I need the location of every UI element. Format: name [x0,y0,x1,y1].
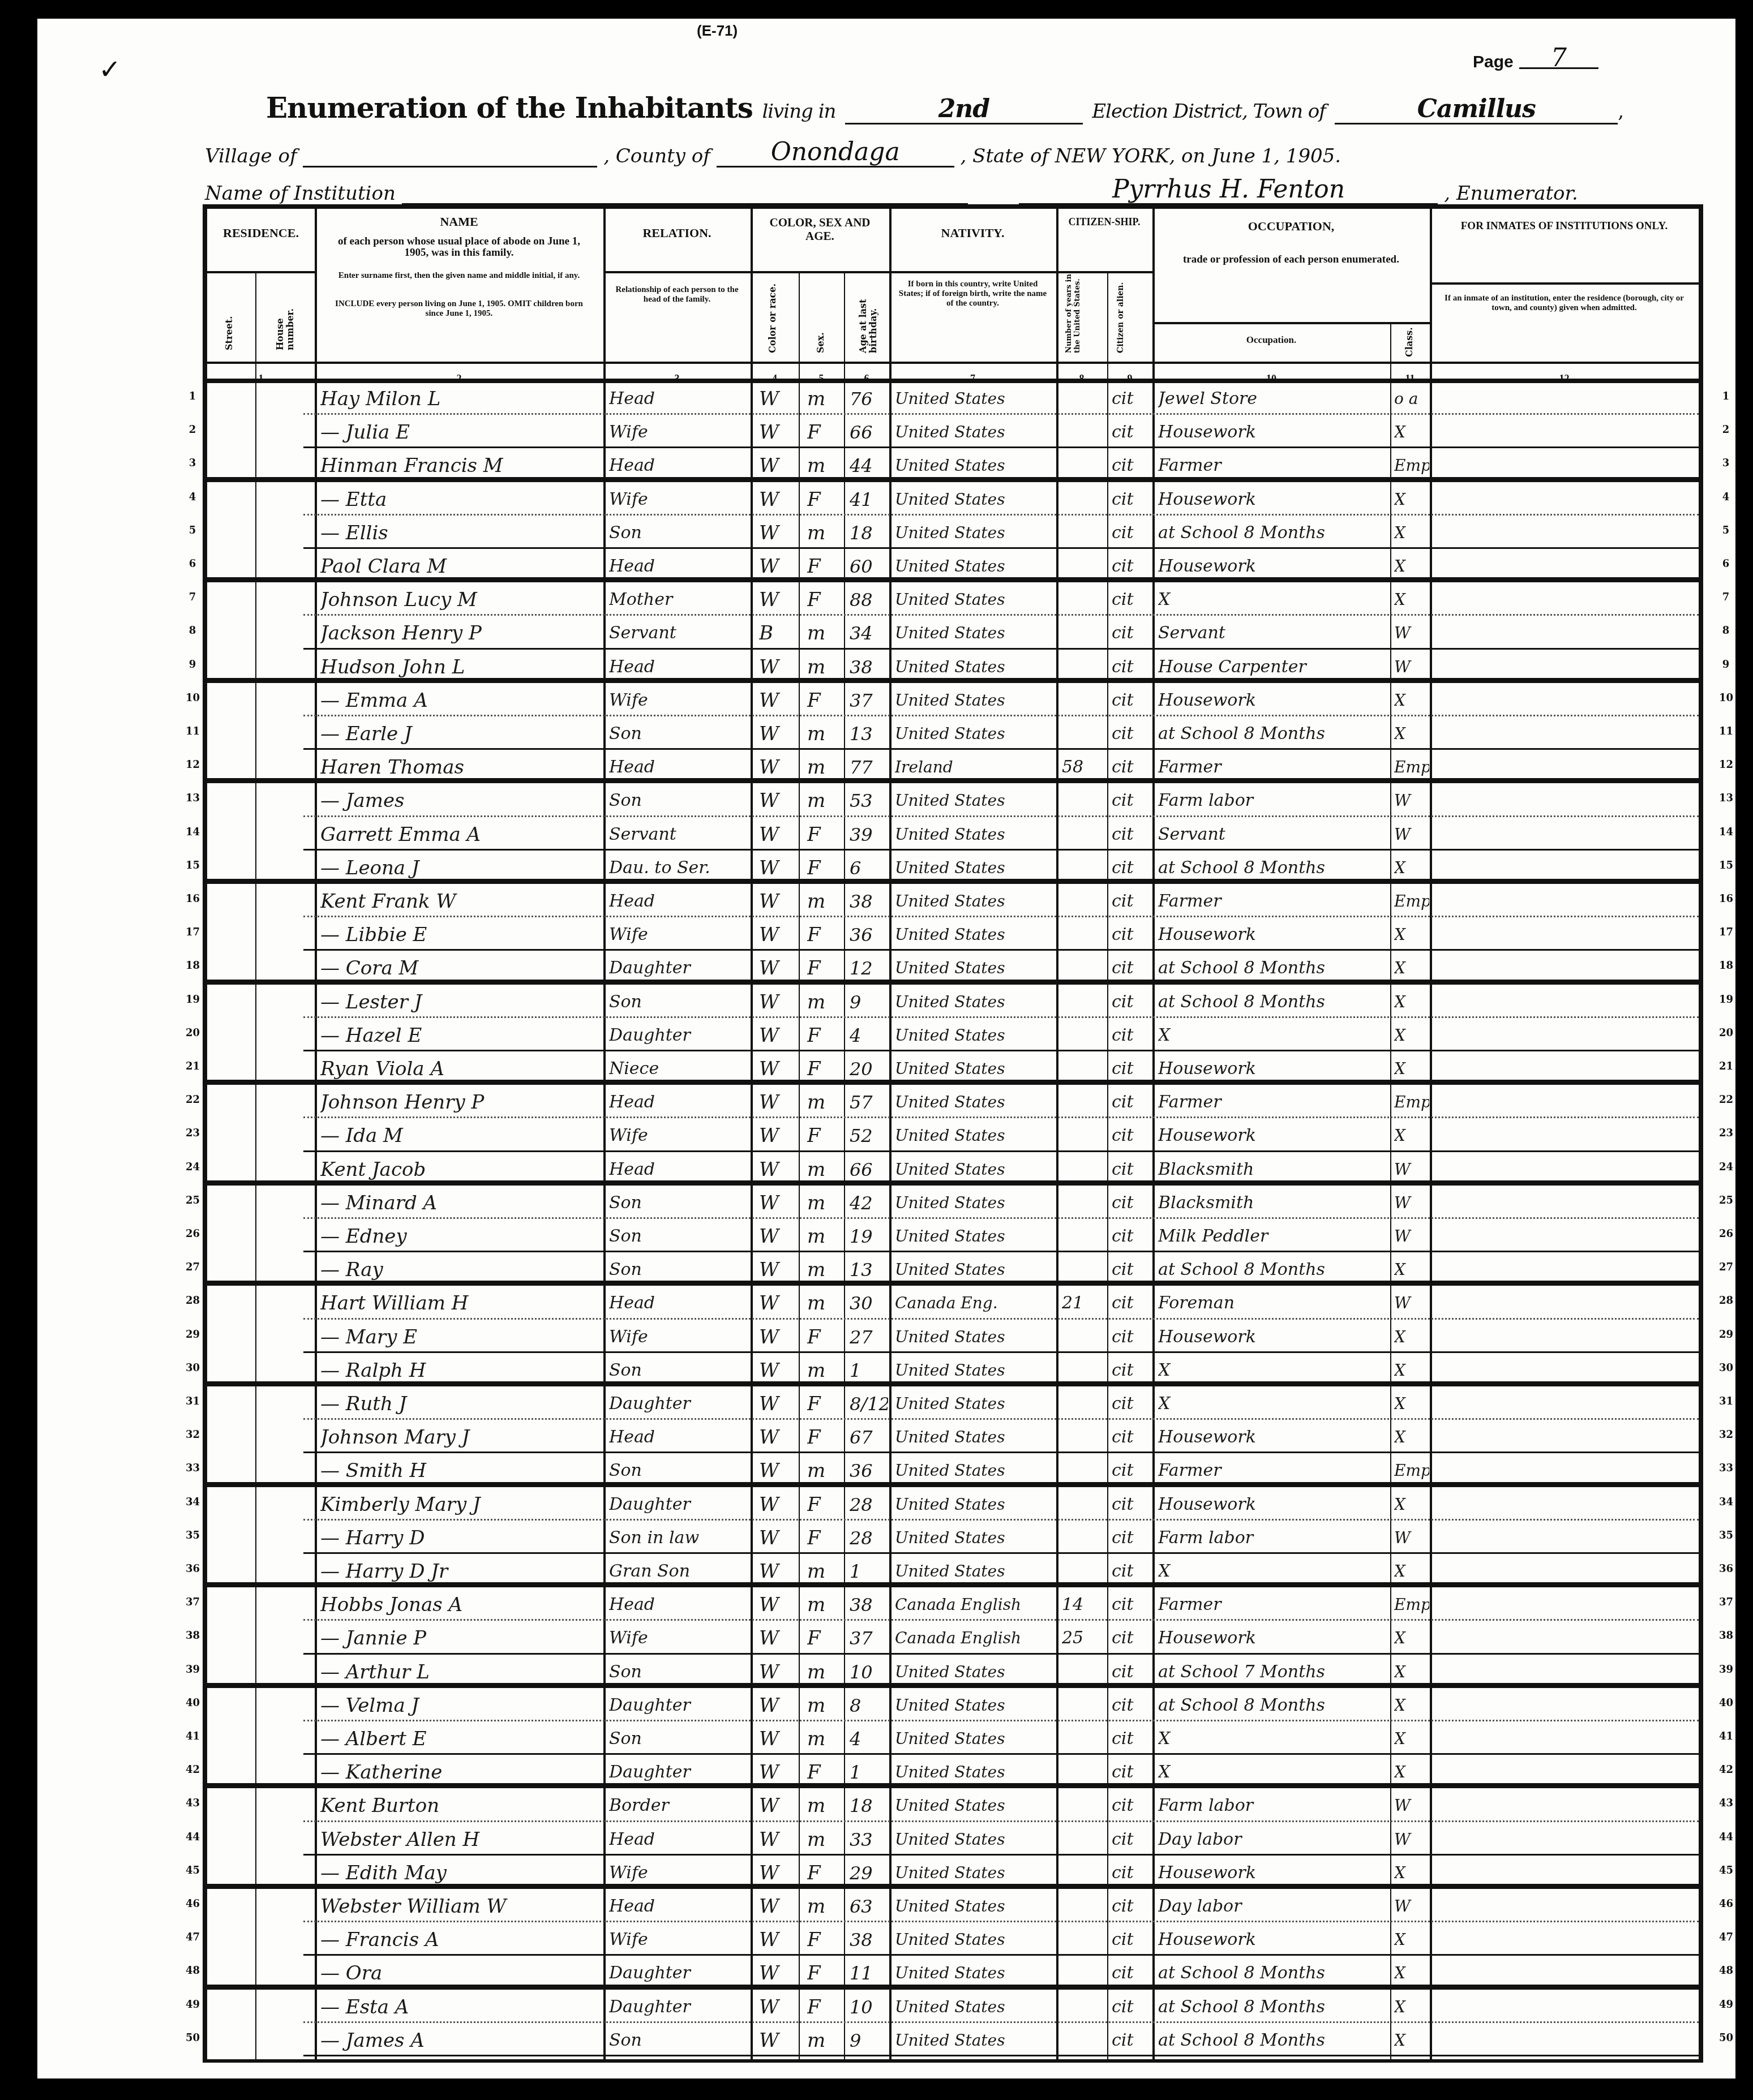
occupation-cell: Housework [1158,1624,1389,1652]
row-number-right: 48 [1719,1965,1733,1977]
census-sheet: ✓ (E-71) Page 7 Enumeration of the Inhab… [37,19,1735,2078]
relation-cell: Head [609,1892,748,1921]
class-cell: W [1394,1156,1429,1184]
occupation-cell: Housework [1158,1859,1389,1887]
row-number-left: 4 [186,491,199,503]
age-cell: 39 [850,821,888,849]
name-cell: — Leona J [320,854,601,882]
relation-cell: Wife [609,486,748,514]
relation-cell: Son [609,1256,748,1284]
county-label: , County of [603,145,710,168]
row-number-right: 35 [1719,1530,1733,1541]
nativity-cell: United States [895,519,1055,547]
age-cell: 9 [850,2026,888,2055]
header-street: Street. [224,316,234,350]
name-cell: — Francis A [320,1926,601,1954]
nativity-cell: United States [895,1256,1055,1284]
citizen-cell: cit [1112,787,1151,815]
years-cell [1062,921,1106,949]
header-house-number: House number. [275,277,295,350]
occupation-cell: at School 8 Months [1158,1993,1389,2021]
row-number-right: 42 [1719,1764,1733,1776]
row-number-left: 34 [186,1496,199,1508]
class-cell: X [1394,1624,1429,1652]
row-number-right: 41 [1719,1730,1733,1742]
sex-cell: F [807,954,841,982]
color-cell: W [759,921,796,949]
years-cell [1062,954,1106,982]
color-cell: W [759,1055,796,1083]
row-number-right: 13 [1719,792,1733,804]
citizen-cell: cit [1112,988,1151,1016]
table-row: 32 Johnson Mary J Head W F 67 United Sta… [207,1420,1699,1453]
class-cell: X [1394,988,1429,1016]
relation-cell: Daughter [609,1691,748,1720]
header-name-instr2: INCLUDE every person living on June 1, 1… [329,299,589,319]
color-cell: W [759,1323,796,1351]
color-cell: W [759,787,796,815]
row-separator [207,1985,1699,1990]
nativity-cell: United States [895,1156,1055,1184]
citizen-cell: cit [1112,418,1151,446]
nativity-cell: United States [895,385,1055,413]
row-number-left: 33 [186,1462,199,1474]
nativity-cell: Ireland [895,753,1055,781]
citizen-cell: cit [1112,921,1151,949]
citizen-cell: cit [1112,887,1151,916]
occupation-cell: Farm labor [1158,1524,1389,1552]
color-cell: W [759,753,796,781]
table-row: 18 — Cora M Daughter W F 12 United State… [207,951,1699,984]
table-row: 20 — Hazel E Daughter W F 4 United State… [207,1018,1699,1051]
occupation-cell: Jewel Store [1158,385,1389,413]
years-cell [1062,1691,1106,1720]
color-cell: W [759,1423,796,1451]
table-row: 23 — Ida M Wife W F 52 United States cit… [207,1118,1699,1152]
years-cell [1062,821,1106,849]
citizen-cell: cit [1112,519,1151,547]
class-cell: W [1394,619,1429,647]
table-row: 41 — Albert E Son W m 4 United States ci… [207,1721,1699,1755]
color-cell: W [759,552,796,581]
citizen-cell: cit [1112,954,1151,982]
name-cell: — Etta [320,486,601,514]
class-cell: W [1394,1826,1429,1854]
nativity-cell: United States [895,1088,1055,1116]
age-cell: 66 [850,418,888,446]
row-number-right: 12 [1719,759,1733,771]
nativity-cell: Canada English [895,1624,1055,1652]
header-inmates-desc: If an inmate of an institution, enter th… [1441,294,1687,313]
row-number-right: 26 [1719,1228,1733,1240]
citizen-cell: cit [1112,486,1151,514]
table-row: 29 — Mary E Wife W F 27 United States ci… [207,1320,1699,1353]
occupation-cell: Servant [1158,619,1389,647]
sex-cell: m [807,452,841,480]
name-cell: Ryan Viola A [320,1055,601,1083]
occupation-cell: Day labor [1158,1892,1389,1921]
nativity-cell: United States [895,586,1055,614]
years-cell [1062,1222,1106,1251]
row-number-left: 22 [186,1094,199,1106]
nativity-cell: United States [895,418,1055,446]
row-number-right: 36 [1719,1563,1733,1575]
citizen-cell: cit [1112,753,1151,781]
table-row: 42 — Katherine Daughter W F 1 United Sta… [207,1755,1699,1788]
age-cell: 30 [850,1289,888,1317]
name-cell: — Libbie E [320,921,601,949]
class-cell: W [1394,1524,1429,1552]
age-cell: 28 [850,1524,888,1552]
row-number-right: 10 [1719,692,1733,704]
nativity-cell: United States [895,1859,1055,1887]
relation-cell: Wife [609,1624,748,1652]
occupation-cell: Servant [1158,821,1389,849]
class-cell: X [1394,1256,1429,1284]
row-number-right: 30 [1719,1362,1733,1374]
nativity-cell: United States [895,452,1055,480]
color-cell: W [759,1289,796,1317]
years-cell [1062,686,1106,715]
sex-cell: m [807,1691,841,1720]
citizen-cell: cit [1112,1222,1151,1251]
row-number-left: 47 [186,1931,199,1943]
occupation-cell: at School 8 Months [1158,2026,1389,2055]
row-number-right: 8 [1719,625,1733,637]
table-row: 47 — Francis A Wife W F 38 United States… [207,1922,1699,1956]
name-cell: Webster Allen H [320,1826,601,1854]
row-number-right: 27 [1719,1261,1733,1273]
age-cell: 66 [850,1156,888,1184]
nativity-cell: United States [895,552,1055,581]
sex-cell: m [807,385,841,413]
citizen-cell: cit [1112,1792,1151,1820]
table-row: 10 — Emma A Wife W F 37 United States ci… [207,683,1699,716]
row-separator [207,1482,1699,1487]
name-cell: Jackson Henry P [320,619,601,647]
header-occupation: OCCUPATION, [1152,219,1430,234]
years-cell [1062,1959,1106,1987]
age-cell: 38 [850,1591,888,1619]
occupation-cell: Farmer [1158,753,1389,781]
name-cell: — Ruth J [320,1390,601,1418]
row-number-left: 10 [186,692,199,704]
citizen-cell: cit [1112,720,1151,748]
header-color: Color or race. [768,284,778,353]
occupation-cell: at School 8 Months [1158,1691,1389,1720]
class-cell: X [1394,1725,1429,1753]
name-cell: — Jannie P [320,1624,601,1652]
relation-cell: Gran Son [609,1557,748,1586]
state-label: , State of NEW YORK, on June 1, 1905. [961,145,1341,168]
class-cell: W [1394,653,1429,681]
class-cell: X [1394,1557,1429,1586]
header-relation: RELATION. [603,226,751,241]
relation-cell: Daughter [609,1390,748,1418]
citizen-cell: cit [1112,1691,1151,1720]
name-cell: — Ray [320,1256,601,1284]
years-cell [1062,1021,1106,1050]
age-cell: 52 [850,1122,888,1150]
age-cell: 19 [850,1222,888,1251]
sex-cell: F [807,586,841,614]
citizen-cell: cit [1112,1892,1151,1921]
sex-cell: F [807,1993,841,2021]
nativity-cell: United States [895,954,1055,982]
color-cell: W [759,1256,796,1284]
relation-cell: Son [609,1725,748,1753]
citizen-cell: cit [1112,1959,1151,1987]
village-field [303,139,597,168]
nativity-cell: Canada Eng. [895,1289,1055,1317]
years-cell [1062,887,1106,916]
enumerator-field: Pyrrhus H. Fenton [1019,176,1438,205]
color-cell: W [759,452,796,480]
class-cell: Emp [1394,1591,1429,1619]
age-cell: 53 [850,787,888,815]
years-cell [1062,1826,1106,1854]
table-row: 45 — Edith May Wife W F 29 United States… [207,1856,1699,1889]
row-number-right: 50 [1719,2032,1733,2044]
citizen-cell: cit [1112,1423,1151,1451]
age-cell: 18 [850,1792,888,1820]
row-number-left: 13 [186,792,199,804]
color-cell: W [759,1122,796,1150]
class-cell: X [1394,1658,1429,1686]
sex-cell: m [807,1792,841,1820]
age-cell: 67 [850,1423,888,1451]
age-cell: 10 [850,1993,888,2021]
row-number-right: 23 [1719,1127,1733,1139]
table-row: 35 — Harry D Son in law W F 28 United St… [207,1521,1699,1554]
relation-cell: Daughter [609,1758,748,1786]
color-cell: W [759,653,796,681]
sex-cell: F [807,1323,841,1351]
nativity-cell: United States [895,1122,1055,1150]
relation-cell: Wife [609,418,748,446]
color-cell: W [759,1758,796,1786]
nativity-cell: United States [895,1892,1055,1921]
row-number-left: 44 [186,1831,199,1843]
name-cell: Paol Clara M [320,552,601,581]
nativity-cell: United States [895,787,1055,815]
row-number-left: 45 [186,1865,199,1876]
color-cell: W [759,1356,796,1385]
class-cell: X [1394,519,1429,547]
years-cell [1062,1457,1106,1485]
age-cell: 38 [850,653,888,681]
color-cell: W [759,1088,796,1116]
sex-cell: F [807,1122,841,1150]
class-cell: X [1394,1993,1429,2021]
name-cell: Johnson Mary J [320,1423,601,1451]
header-citizen-alien: Citizen or alien. [1116,274,1126,353]
class-cell: Emp [1394,1088,1429,1116]
occupation-cell: Housework [1158,1491,1389,1519]
relation-cell: Daughter [609,1491,748,1519]
row-number-right: 6 [1719,558,1733,570]
color-cell: W [759,1792,796,1820]
row-number-right: 25 [1719,1195,1733,1206]
table-row: 44 Webster Allen H Head W m 33 United St… [207,1822,1699,1856]
row-number-left: 24 [186,1161,199,1173]
relation-cell: Son [609,1189,748,1217]
age-cell: 38 [850,887,888,916]
row-number-right: 43 [1719,1797,1733,1809]
class-cell: X [1394,1021,1429,1050]
name-cell: Hart William H [320,1289,601,1317]
occupation-cell: Blacksmith [1158,1156,1389,1184]
relation-cell: Wife [609,1122,748,1150]
years-cell [1062,1356,1106,1385]
relation-cell: Head [609,1423,748,1451]
name-cell: — Harry D Jr [320,1557,601,1586]
election-district-label: Election District, Town of [1092,100,1326,123]
row-number-right: 14 [1719,826,1733,838]
age-cell: 8 [850,1691,888,1720]
row-number-left: 18 [186,960,199,972]
sex-cell: F [807,686,841,715]
occupation-cell: Farmer [1158,1591,1389,1619]
color-cell: W [759,1156,796,1184]
sex-cell: F [807,921,841,949]
nativity-cell: United States [895,988,1055,1016]
sex-cell: m [807,1457,841,1485]
name-cell: — Julia E [320,418,601,446]
class-cell: X [1394,720,1429,748]
row-number-left: 39 [186,1664,199,1676]
years-cell [1062,1055,1106,1083]
class-cell: X [1394,1323,1429,1351]
header-residence: RESIDENCE. [207,226,315,241]
row-number-left: 29 [186,1329,199,1341]
row-number-left: 25 [186,1195,199,1206]
class-cell: X [1394,552,1429,581]
years-cell: 58 [1062,753,1106,781]
relation-cell: Son [609,519,748,547]
table-row: 6 Paol Clara M Head W F 60 United States… [207,549,1699,582]
occupation-cell: at School 8 Months [1158,519,1389,547]
citizen-cell: cit [1112,586,1151,614]
sex-cell: m [807,1725,841,1753]
class-cell: W [1394,1222,1429,1251]
row-separator [207,778,1699,783]
name-cell: Haren Thomas [320,753,601,781]
occupation-cell: at School 7 Months [1158,1658,1389,1686]
occupation-cell: X [1158,1390,1389,1418]
sex-cell: F [807,552,841,581]
row-number-right: 3 [1719,457,1733,469]
table-row: 38 — Jannie P Wife W F 37 Canada English… [207,1621,1699,1654]
nativity-cell: United States [895,1557,1055,1586]
class-cell: W [1394,1792,1429,1820]
page-number: 7 [1519,44,1598,69]
color-cell: W [759,887,796,916]
row-number-left: 19 [186,994,199,1006]
years-cell [1062,1390,1106,1418]
citizen-cell: cit [1112,1658,1151,1686]
row-number-left: 23 [186,1127,199,1139]
occupation-cell: at School 8 Months [1158,1959,1389,1987]
name-cell: Hudson John L [320,653,601,681]
row-number-left: 36 [186,1563,199,1575]
relation-cell: Son in law [609,1524,748,1552]
age-cell: 11 [850,1959,888,1987]
nativity-cell: United States [895,1725,1055,1753]
row-number-left: 49 [186,1999,199,2011]
sex-cell: m [807,1189,841,1217]
color-cell: W [759,1390,796,1418]
row-number-right: 1 [1719,390,1733,402]
sex-cell: F [807,1423,841,1451]
relation-cell: Son [609,787,748,815]
nativity-cell: United States [895,1356,1055,1385]
sex-cell: F [807,821,841,849]
relation-cell: Servant [609,619,748,647]
name-cell: — Smith H [320,1457,601,1485]
row-separator [207,1582,1699,1587]
row-number-right: 18 [1719,960,1733,972]
citizen-cell: cit [1112,686,1151,715]
header-years-us: Number of years in the United States. [1065,274,1082,353]
table-row: 14 Garrett Emma A Servant W F 39 United … [207,817,1699,851]
age-cell: 36 [850,1457,888,1485]
years-cell [1062,1725,1106,1753]
class-cell: o a [1394,385,1429,413]
name-cell: Johnson Henry P [320,1088,601,1116]
table-row: 5 — Ellis Son W m 18 United States cit a… [207,516,1699,549]
relation-cell: Head [609,1591,748,1619]
class-cell: X [1394,686,1429,715]
row-number-right: 17 [1719,926,1733,938]
color-cell: W [759,1892,796,1921]
occupation-cell: at School 8 Months [1158,854,1389,882]
nativity-cell: United States [895,1323,1055,1351]
color-cell: W [759,418,796,446]
census-table: RESIDENCE. Street. House number. NAME of… [203,204,1703,2063]
relation-cell: Servant [609,821,748,849]
name-cell: — Arthur L [320,1658,601,1686]
relation-cell: Head [609,1088,748,1116]
relation-cell: Son [609,1658,748,1686]
sex-cell: F [807,418,841,446]
relation-cell: Border [609,1792,748,1820]
color-cell: W [759,1826,796,1854]
row-separator [207,1281,1699,1286]
nativity-cell: United States [895,653,1055,681]
age-cell: 1 [850,1758,888,1786]
occupation-cell: Housework [1158,1926,1389,1954]
nativity-cell: United States [895,1826,1055,1854]
sex-cell: m [807,1557,841,1586]
county-field: Onondaga [717,139,954,168]
sex-cell: m [807,1088,841,1116]
form-code: (E-71) [697,22,738,40]
class-cell: X [1394,1926,1429,1954]
relation-cell: Wife [609,1926,748,1954]
citizen-cell: cit [1112,1055,1151,1083]
years-cell [1062,418,1106,446]
table-row: 39 — Arthur L Son W m 10 United States c… [207,1655,1699,1688]
sex-cell: F [807,1926,841,1954]
row-number-left: 26 [186,1228,199,1240]
nativity-cell: United States [895,1222,1055,1251]
table-row: 19 — Lester J Son W m 9 United States ci… [207,985,1699,1018]
row-separator [207,879,1699,884]
class-cell: W [1394,1189,1429,1217]
sex-cell: m [807,787,841,815]
row-number-right: 9 [1719,659,1733,671]
